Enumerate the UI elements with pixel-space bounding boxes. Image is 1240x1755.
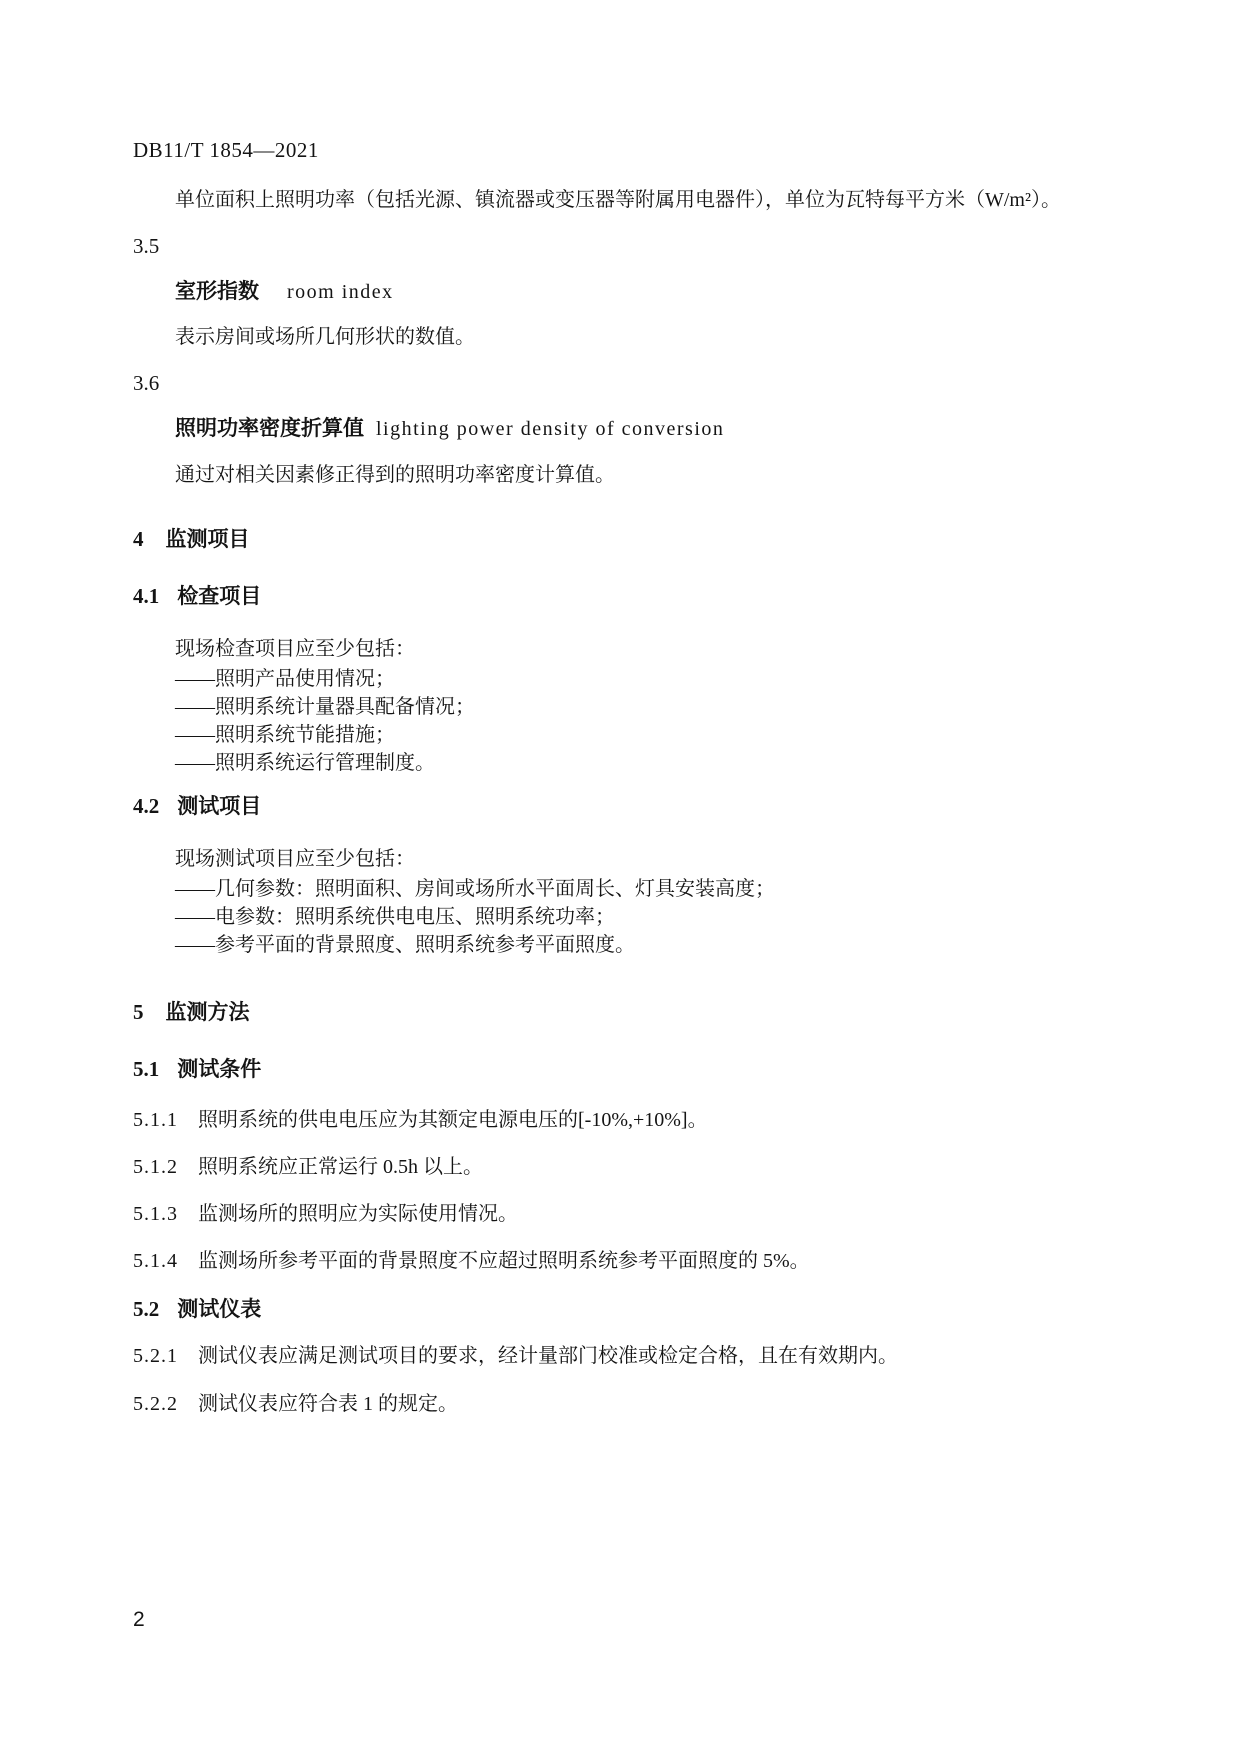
- section-5-1-title: 测试条件: [177, 1058, 261, 1081]
- section-4-heading: 4监测项目: [133, 526, 1043, 553]
- section-4-2-heading: 4.2测试项目: [133, 793, 1043, 820]
- section-4-2-number: 4.2: [133, 794, 159, 818]
- section-4-2-lead: 现场测试项目应至少包括：: [133, 846, 1043, 872]
- list-item: ——照明系统计量器具配备情况；: [133, 693, 1043, 721]
- clause-5-1-2-number: 5.1.2: [133, 1156, 178, 1178]
- section-5-2-title: 测试仪表: [177, 1298, 261, 1321]
- section-4-title: 监测项目: [166, 528, 250, 551]
- term-3-5-english: room index: [287, 281, 394, 303]
- clause-3-5-number: 3.5: [133, 233, 1043, 259]
- term-3-6-chinese: 照明功率密度折算值: [175, 417, 364, 440]
- list-item: ——参考平面的背景照度、照明系统参考平面照度。: [133, 931, 1043, 959]
- section-5-heading: 5监测方法: [133, 999, 1043, 1026]
- clause-5-1-4-text: 监测场所参考平面的背景照度不应超过照明系统参考平面照度的 5%。: [198, 1250, 810, 1272]
- clause-5-1-2: 5.1.2照明系统应正常运行 0.5h 以上。: [133, 1154, 1043, 1180]
- list-item: ——照明系统运行管理制度。: [133, 749, 1043, 777]
- document-number-header: DB11/T 1854—2021: [133, 137, 1043, 163]
- clause-5-1-2-text: 照明系统应正常运行 0.5h 以上。: [198, 1156, 483, 1178]
- section-4-1-lead: 现场检查项目应至少包括：: [133, 636, 1043, 662]
- clause-5-1-1-text: 照明系统的供电电压应为其额定电源电压的[-10%,+10%]。: [198, 1109, 708, 1131]
- section-5-title: 监测方法: [166, 1001, 250, 1024]
- clause-5-1-3: 5.1.3监测场所的照明应为实际使用情况。: [133, 1201, 1043, 1227]
- clause-5-2-1-number: 5.2.1: [133, 1345, 178, 1367]
- clause-5-1-4-number: 5.1.4: [133, 1250, 178, 1272]
- term-3-6-english: lighting power density of conversion: [376, 418, 724, 440]
- clause-5-2-2-text: 测试仪表应符合表 1 的规定。: [198, 1393, 458, 1415]
- term-3-5: 室形指数room index: [133, 278, 1043, 306]
- page-number: 2: [133, 1608, 145, 1632]
- clause-5-1-1-number: 5.1.1: [133, 1109, 178, 1131]
- clause-5-2-2-number: 5.2.2: [133, 1393, 178, 1415]
- section-4-2-title: 测试项目: [177, 795, 261, 818]
- list-item: ——电参数：照明系统供电电压、照明系统功率；: [133, 903, 1043, 931]
- list-item: ——几何参数：照明面积、房间或场所水平面周长、灯具安装高度；: [133, 875, 1043, 903]
- section-5-2-heading: 5.2测试仪表: [133, 1296, 1043, 1323]
- lpd-definition-paragraph: 单位面积上照明功率（包括光源、镇流器或变压器等附属用电器件），单位为瓦特每平方米…: [133, 187, 1043, 213]
- section-5-1-heading: 5.1测试条件: [133, 1056, 1043, 1083]
- section-5-number: 5: [133, 1000, 144, 1024]
- section-5-2-number: 5.2: [133, 1297, 159, 1321]
- clause-5-2-1-text: 测试仪表应满足测试项目的要求，经计量部门校准或检定合格，且在有效期内。: [198, 1345, 898, 1367]
- section-4-1-heading: 4.1检查项目: [133, 583, 1043, 610]
- term-3-5-definition: 表示房间或场所几何形状的数值。: [133, 324, 1043, 350]
- clause-3-6-number: 3.6: [133, 370, 1043, 396]
- clause-5-1-1: 5.1.1照明系统的供电电压应为其额定电源电压的[-10%,+10%]。: [133, 1107, 1043, 1133]
- page-content: DB11/T 1854—2021 单位面积上照明功率（包括光源、镇流器或变压器等…: [133, 137, 1043, 1417]
- section-4-1-number: 4.1: [133, 584, 159, 608]
- document-page: DB11/T 1854—2021 单位面积上照明功率（包括光源、镇流器或变压器等…: [0, 0, 1240, 1755]
- term-3-5-chinese: 室形指数: [175, 280, 259, 303]
- section-4-1-title: 检查项目: [177, 585, 261, 608]
- clause-5-2-2: 5.2.2测试仪表应符合表 1 的规定。: [133, 1391, 1043, 1417]
- test-items-list: ——几何参数：照明面积、房间或场所水平面周长、灯具安装高度； ——电参数：照明系…: [133, 875, 1043, 959]
- list-item: ——照明产品使用情况；: [133, 665, 1043, 693]
- term-3-6: 照明功率密度折算值lighting power density of conve…: [133, 415, 1043, 443]
- section-4-number: 4: [133, 527, 144, 551]
- clause-5-1-3-text: 监测场所的照明应为实际使用情况。: [198, 1203, 518, 1225]
- check-items-list: ——照明产品使用情况； ——照明系统计量器具配备情况； ——照明系统节能措施； …: [133, 665, 1043, 777]
- term-3-6-definition: 通过对相关因素修正得到的照明功率密度计算值。: [133, 462, 1043, 488]
- list-item: ——照明系统节能措施；: [133, 721, 1043, 749]
- clause-5-1-4: 5.1.4监测场所参考平面的背景照度不应超过照明系统参考平面照度的 5%。: [133, 1248, 1043, 1274]
- clause-5-2-1: 5.2.1测试仪表应满足测试项目的要求，经计量部门校准或检定合格，且在有效期内。: [133, 1343, 1043, 1369]
- clause-5-1-3-number: 5.1.3: [133, 1203, 178, 1225]
- section-5-1-number: 5.1: [133, 1057, 159, 1081]
